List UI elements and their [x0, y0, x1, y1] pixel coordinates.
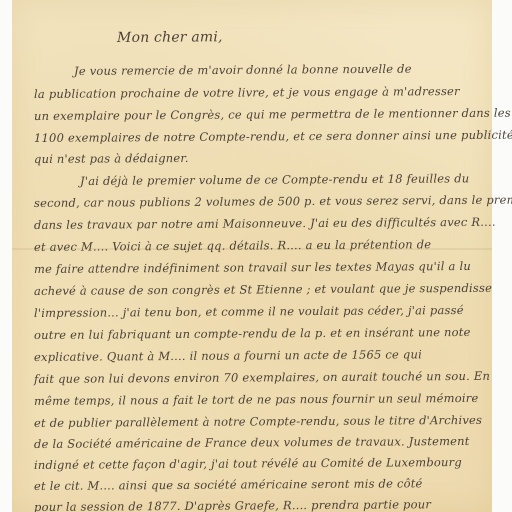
- letter-line: J'ai déjà le premier volume de ce Compte…: [80, 171, 492, 188]
- letter-line: achevé à cause de son congrès et St Etie…: [34, 281, 492, 298]
- letter-line: outre en lui fabriquant un compte-rendu …: [34, 325, 492, 342]
- letter-line: un exemplaire pour le Congrès, ce qui me…: [34, 106, 492, 123]
- letter-line: indigné et cette façon d'agir, j'ai tout…: [34, 455, 492, 472]
- letter-line: second, car nous publions 2 volumes de 5…: [34, 193, 492, 210]
- letter-paper: Mon cher ami, Je vous remercie de m'avoi…: [12, 0, 492, 512]
- salutation: Mon cher ami,: [117, 27, 492, 46]
- letter-line: qui n'est pas à dédaigner.: [34, 149, 492, 166]
- letter-line: dans les travaux par notre ami Maisonneu…: [34, 215, 492, 232]
- letter-line: même temps, il nous a fait le tort de ne…: [34, 391, 492, 408]
- letter-line: et le cit. M.... ainsi que sa société am…: [34, 476, 492, 493]
- letter-line: et de publier parallèlement à notre Comp…: [34, 413, 492, 430]
- letter-line: pour la session de 1877. D'après Graefe,…: [34, 497, 492, 512]
- letter-line: Je vous remercie de m'avoir donné la bon…: [74, 61, 492, 78]
- letter-line: 1100 exemplaires de notre Compte-rendu, …: [34, 128, 492, 145]
- letter-line: et avec M.... Voici à ce sujet qq. détai…: [34, 237, 492, 254]
- letter-line: l'impression... j'ai tenu bon, et comme …: [34, 303, 492, 320]
- letter-line: me faire attendre indéfiniment son trava…: [34, 259, 492, 276]
- letter-line: la publication prochaine de votre livre,…: [34, 84, 492, 101]
- letter-line: fait que son lui devons environ 70 exemp…: [34, 369, 492, 386]
- letter-line: de la Société américaine de France deux …: [34, 434, 492, 451]
- letter-line: explicative. Quant à M.... il nous a fou…: [34, 347, 492, 364]
